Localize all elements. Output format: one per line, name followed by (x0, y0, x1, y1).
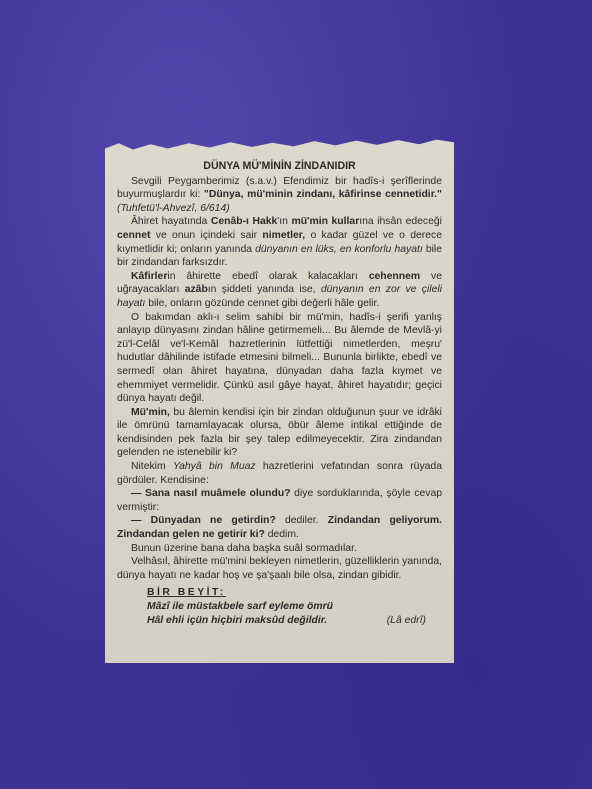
article-title: DÜNYA MÜ'MİNİN ZİNDANIDIR (117, 160, 442, 174)
article-paragraph: — Sana nasıl muâmele olundu? diye sorduk… (117, 487, 442, 514)
article-paragraph: Velhâsıl, âhirette mü'mini bekleyen nime… (117, 555, 442, 582)
article-paragraph: Kâfirlerin âhirette ebedî olarak kalacak… (117, 270, 442, 311)
beyit-section: BİR BEYİT: Mâzî ile müstakbele sarf eyle… (147, 586, 442, 627)
beyit-line-1: Mâzî ile müstakbele sarf eyleme ömrü (147, 600, 442, 614)
beyit-line-2: Hâl ehli içün hiçbiri maksûd değildir. (147, 614, 327, 628)
beyit-attribution: (Lâ edrî) (387, 614, 426, 628)
paper-clipping: DÜNYA MÜ'MİNİN ZİNDANIDIR Sevgili Peygam… (105, 138, 454, 663)
article-paragraph: Bunun üzerine bana daha başka suâl sorma… (117, 542, 442, 556)
article-paragraph: O bakımdan aklı-ı selim sahibi bir mü'mi… (117, 311, 442, 406)
article-paragraph: Mü'min, bu âlemin kendisi için bir zinda… (117, 406, 442, 460)
article-paragraph: Âhiret hayatında Cenâb-ı Hakk'ın mü'min … (117, 215, 442, 269)
article-paragraph: Sevgili Peygamberimiz (s.a.v.) Efendimiz… (117, 175, 442, 216)
article-body: Sevgili Peygamberimiz (s.a.v.) Efendimiz… (117, 175, 442, 583)
beyit-title: BİR BEYİT: (147, 586, 442, 600)
article-paragraph: Nitekim Yahyâ bin Muaz hazretlerini vefa… (117, 460, 442, 487)
article-paragraph: — Dünyadan ne getirdin? dediler. Zindand… (117, 514, 442, 541)
